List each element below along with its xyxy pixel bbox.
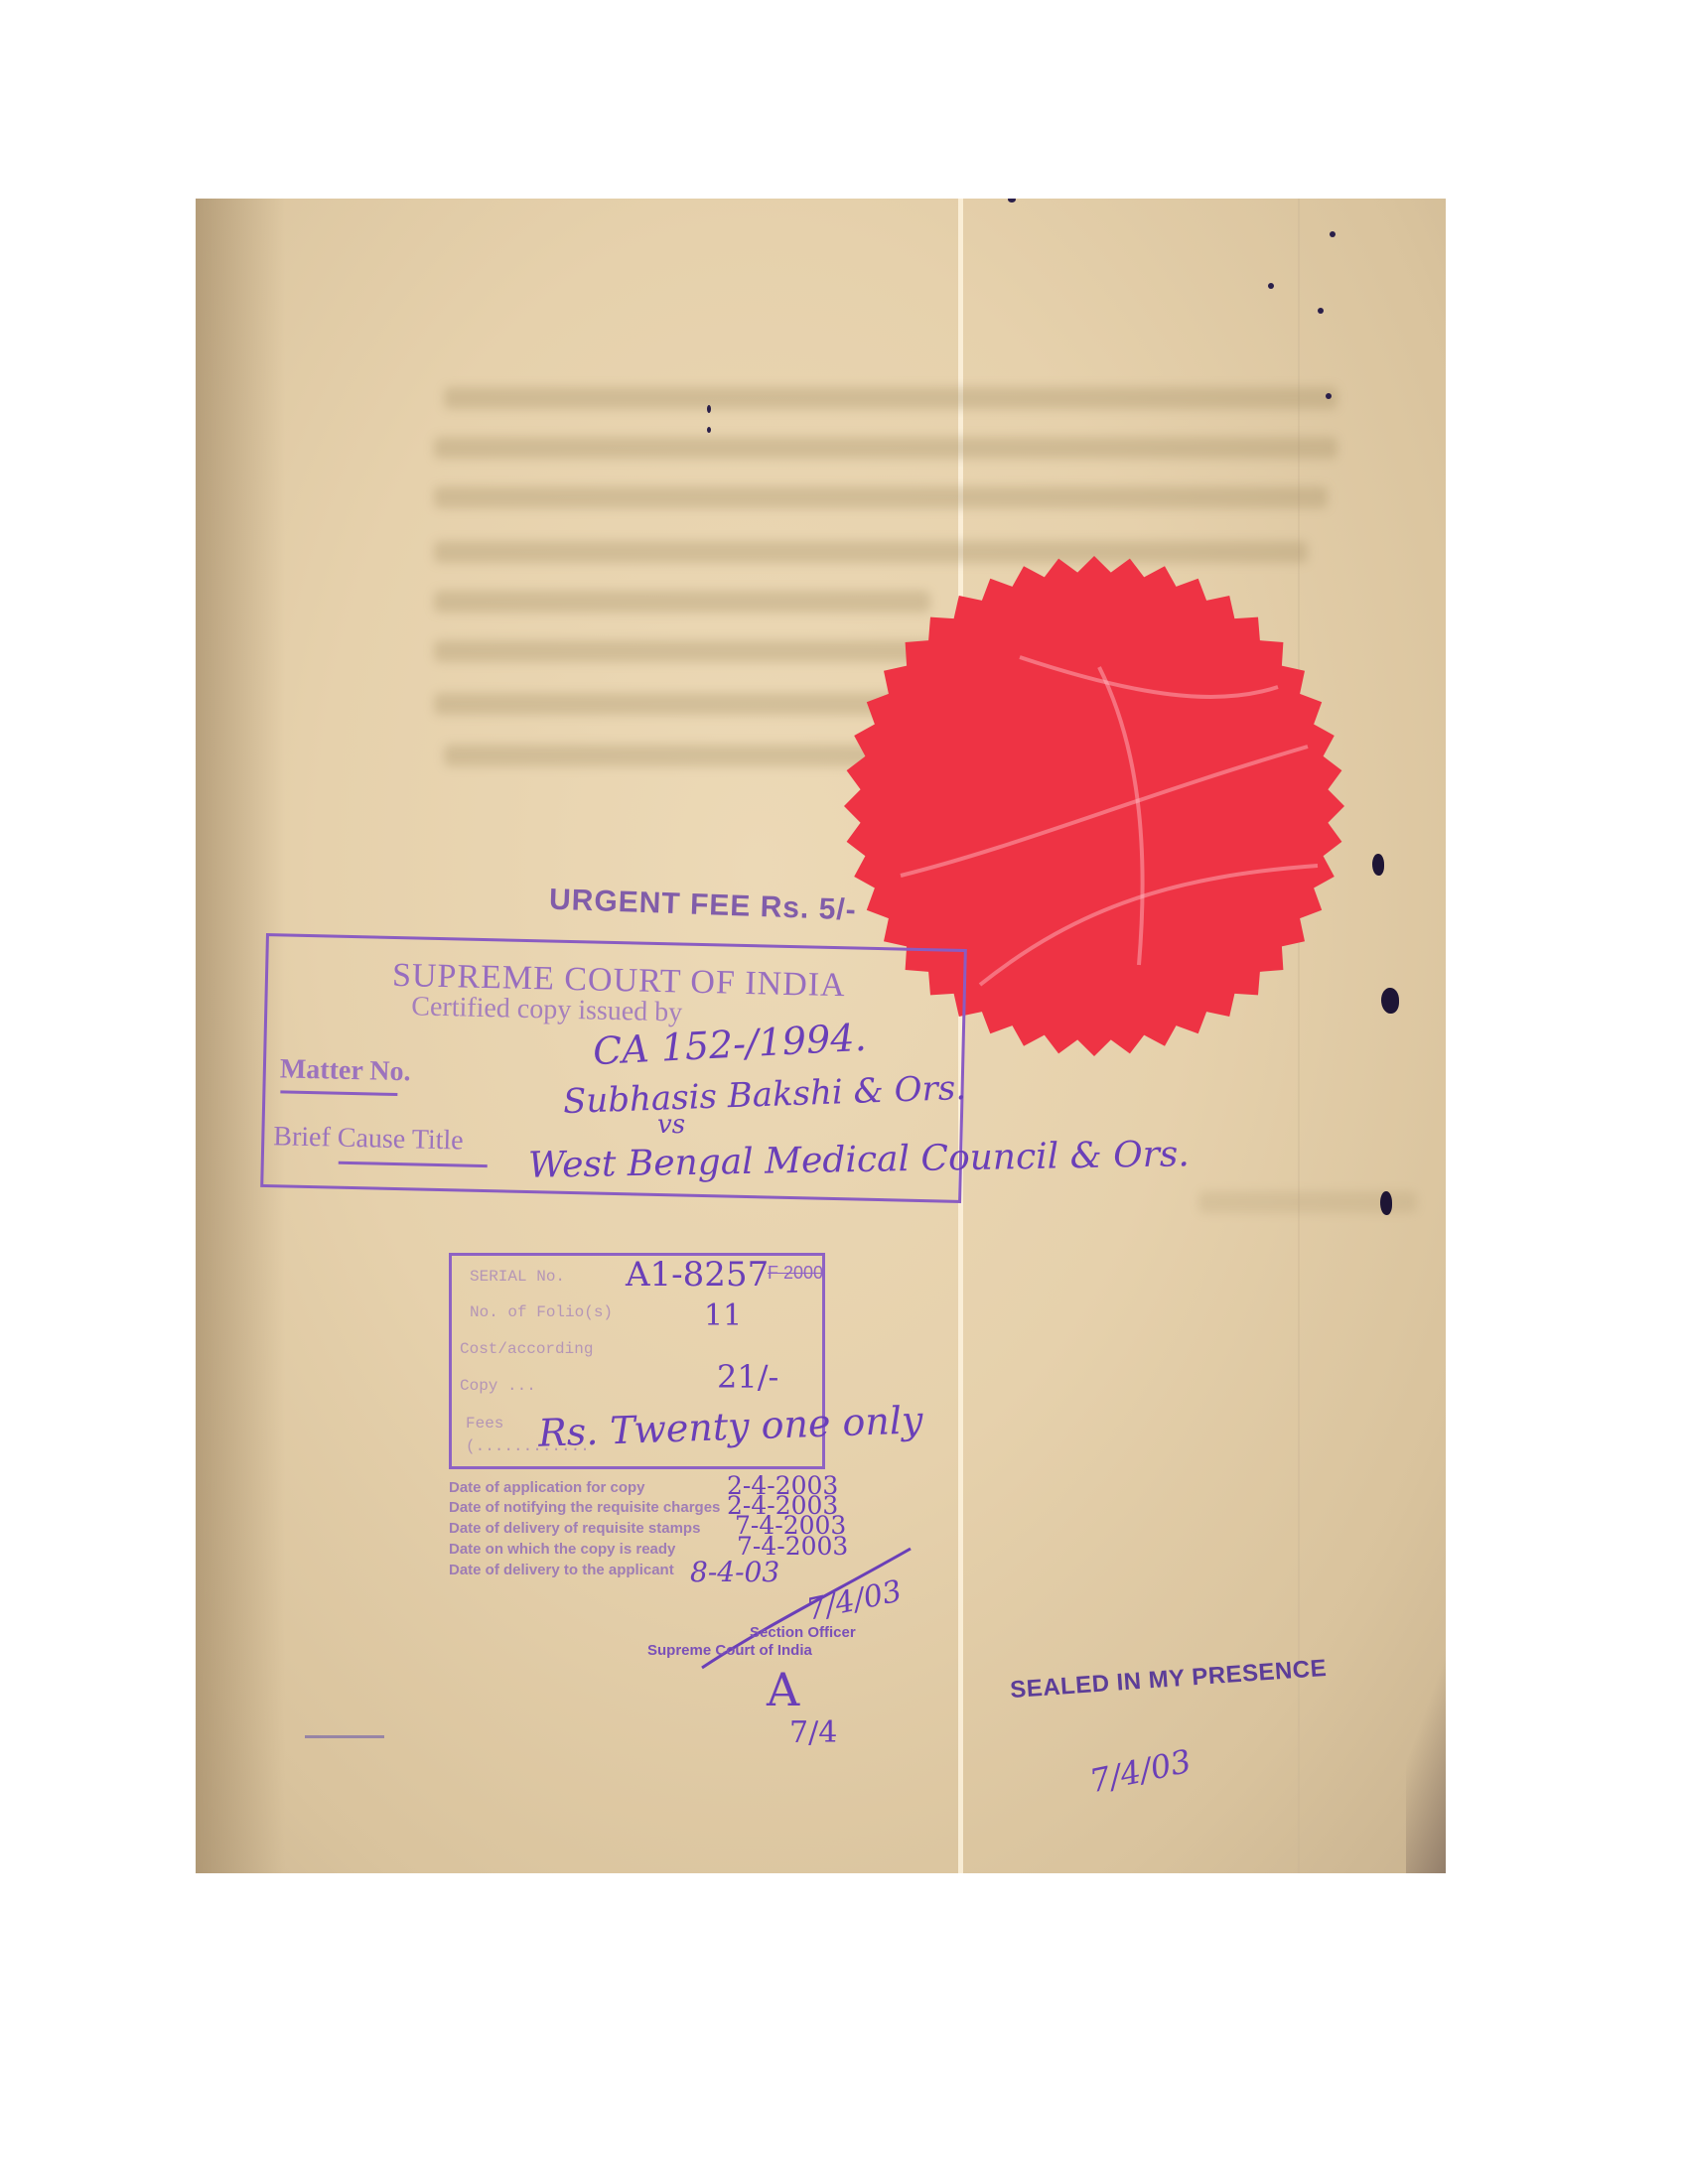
ink-speck <box>1318 308 1324 314</box>
bleed-text-line <box>434 486 1328 508</box>
date-label: Date on which the copy is ready <box>449 1541 675 1558</box>
cause-title-label: Brief Cause Title <box>273 1121 464 1157</box>
matter-underline <box>280 1090 397 1096</box>
initials-date: 7/4 <box>789 1715 837 1750</box>
folios-value: 11 <box>704 1298 742 1333</box>
sealed-in-presence-stamp: SEALED IN MY PRESENCE <box>1009 1655 1328 1705</box>
ink-blot <box>1381 988 1399 1014</box>
ink-speck <box>707 405 711 413</box>
date-label: Date of notifying the requisite charges <box>449 1499 720 1516</box>
serial-label: SERIAL No. <box>470 1268 565 1286</box>
document-page: URGENT FEE Rs. 5/- SUPREME COURT OF INDI… <box>196 199 1446 1873</box>
fees-label: Fees <box>466 1415 503 1433</box>
section-officer-org: Supreme Court of India <box>647 1642 812 1659</box>
section-officer-title: Section Officer <box>750 1624 856 1641</box>
pen-mark <box>305 1735 384 1738</box>
ink-speck <box>1008 199 1016 203</box>
date-label: Date of application for copy <box>449 1479 645 1496</box>
serial-year-stamp: F 2000 <box>768 1263 823 1284</box>
date-label: Date of delivery to the applicant <box>449 1562 674 1578</box>
ink-speck <box>1330 231 1336 237</box>
fees-value: 21/- <box>717 1358 778 1396</box>
matter-number-label: Matter No. <box>280 1053 411 1088</box>
bleed-text-line <box>444 387 1337 409</box>
cause-underline <box>339 1161 488 1167</box>
ink-speck <box>1268 283 1274 289</box>
cause-title-vs: vs <box>657 1110 685 1140</box>
cost-label: Cost/according <box>460 1340 593 1358</box>
serial-number-value: A1-8257 <box>626 1255 769 1295</box>
urgent-fee-stamp: URGENT FEE Rs. 5/- <box>549 884 858 928</box>
ink-blot <box>1372 854 1384 876</box>
date-label: Date of delivery of requisite stamps <box>449 1520 700 1537</box>
ink-blot <box>1380 1191 1392 1215</box>
bleed-text-line <box>434 437 1337 459</box>
bleed-text-line <box>444 745 871 766</box>
ink-speck <box>707 427 711 433</box>
certified-copy-subtitle: Certified copy issued by <box>411 991 683 1028</box>
sealed-date: 7/4/03 <box>1086 1742 1195 1801</box>
folios-label: No. of Folio(s) <box>470 1303 613 1321</box>
copy-label: Copy ... <box>460 1377 536 1395</box>
initials-mark: A <box>767 1663 799 1716</box>
ink-speck <box>1326 393 1332 399</box>
